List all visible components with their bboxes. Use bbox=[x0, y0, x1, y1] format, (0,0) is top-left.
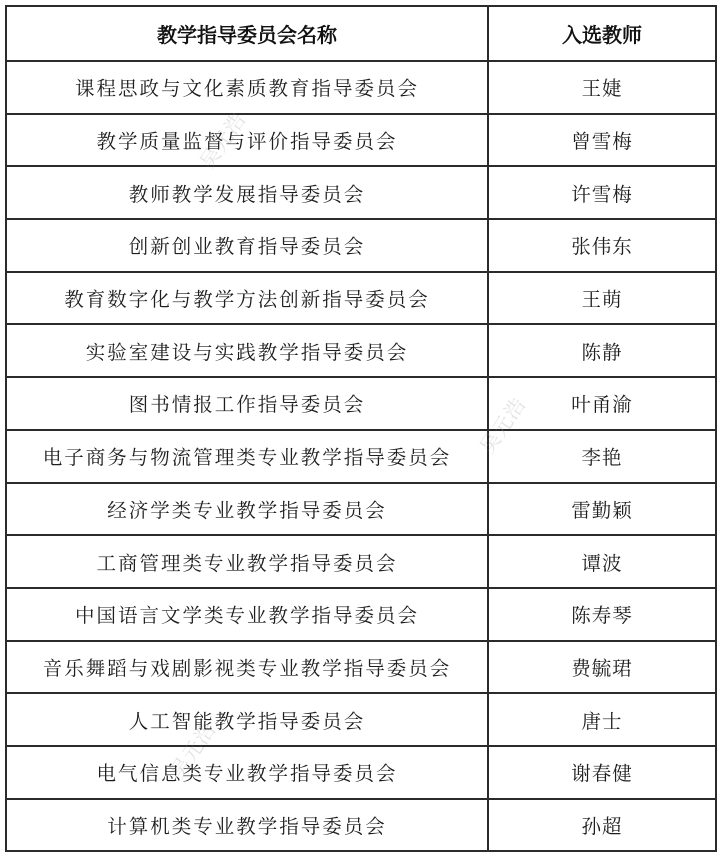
table-row: 创新创业教育指导委员会 张伟东 bbox=[6, 219, 716, 272]
table-row: 图书情报工作指导委员会 叶甬渝 bbox=[6, 377, 716, 430]
teacher-name-cell: 曾雪梅 bbox=[488, 114, 716, 167]
teacher-name-cell: 许雪梅 bbox=[488, 166, 716, 219]
teacher-name-cell: 谭波 bbox=[488, 535, 716, 588]
committee-name-cell: 课程思政与文化素质教育指导委员会 bbox=[6, 61, 488, 114]
teacher-name-cell: 陈寿琴 bbox=[488, 588, 716, 641]
table-row: 课程思政与文化素质教育指导委员会 王婕 bbox=[6, 61, 716, 114]
table-row: 工商管理类专业教学指导委员会 谭波 bbox=[6, 535, 716, 588]
table-row: 实验室建设与实践教学指导委员会 陈静 bbox=[6, 324, 716, 377]
committee-name-cell: 教学质量监督与评价指导委员会 bbox=[6, 114, 488, 167]
committee-name-cell: 电子商务与物流管理类专业教学指导委员会 bbox=[6, 430, 488, 483]
table-row: 教学质量监督与评价指导委员会 曾雪梅 bbox=[6, 114, 716, 167]
header-committee-name: 教学指导委员会名称 bbox=[6, 6, 488, 61]
teacher-name-cell: 王婕 bbox=[488, 61, 716, 114]
table-row: 教师教学发展指导委员会 许雪梅 bbox=[6, 166, 716, 219]
committee-name-cell: 中国语言文学类专业教学指导委员会 bbox=[6, 588, 488, 641]
teacher-name-cell: 费毓珺 bbox=[488, 641, 716, 694]
table-row: 音乐舞蹈与戏剧影视类专业教学指导委员会 费毓珺 bbox=[6, 641, 716, 694]
table-header-row: 教学指导委员会名称 入选教师 bbox=[6, 6, 716, 61]
table-row: 中国语言文学类专业教学指导委员会 陈寿琴 bbox=[6, 588, 716, 641]
teacher-name-cell: 张伟东 bbox=[488, 219, 716, 272]
committee-name-cell: 图书情报工作指导委员会 bbox=[6, 377, 488, 430]
header-selected-teacher: 入选教师 bbox=[488, 6, 716, 61]
teacher-name-cell: 李艳 bbox=[488, 430, 716, 483]
committee-name-cell: 人工智能教学指导委员会 bbox=[6, 693, 488, 746]
committee-name-cell: 音乐舞蹈与戏剧影视类专业教学指导委员会 bbox=[6, 641, 488, 694]
teacher-name-cell: 唐士 bbox=[488, 693, 716, 746]
committee-name-cell: 实验室建设与实践教学指导委员会 bbox=[6, 324, 488, 377]
teacher-name-cell: 陈静 bbox=[488, 324, 716, 377]
teacher-name-cell: 王萌 bbox=[488, 272, 716, 325]
committee-teacher-table: 教学指导委员会名称 入选教师 课程思政与文化素质教育指导委员会 王婕 教学质量监… bbox=[5, 5, 717, 852]
committee-name-cell: 电气信息类专业教学指导委员会 bbox=[6, 746, 488, 799]
committee-name-cell: 经济学类专业教学指导委员会 bbox=[6, 483, 488, 536]
committee-name-cell: 创新创业教育指导委员会 bbox=[6, 219, 488, 272]
table-row: 电气信息类专业教学指导委员会 谢春健 bbox=[6, 746, 716, 799]
table-row: 经济学类专业教学指导委员会 雷勤颖 bbox=[6, 483, 716, 536]
table-row: 人工智能教学指导委员会 唐士 bbox=[6, 693, 716, 746]
table-row: 教育数字化与教学方法创新指导委员会 王萌 bbox=[6, 272, 716, 325]
committee-name-cell: 计算机类专业教学指导委员会 bbox=[6, 799, 488, 852]
committee-name-cell: 教师教学发展指导委员会 bbox=[6, 166, 488, 219]
table-row: 电子商务与物流管理类专业教学指导委员会 李艳 bbox=[6, 430, 716, 483]
committee-name-cell: 工商管理类专业教学指导委员会 bbox=[6, 535, 488, 588]
table-row: 计算机类专业教学指导委员会 孙超 bbox=[6, 799, 716, 852]
teacher-name-cell: 叶甬渝 bbox=[488, 377, 716, 430]
teacher-name-cell: 谢春健 bbox=[488, 746, 716, 799]
teacher-name-cell: 孙超 bbox=[488, 799, 716, 852]
committee-name-cell: 教育数字化与教学方法创新指导委员会 bbox=[6, 272, 488, 325]
teacher-name-cell: 雷勤颖 bbox=[488, 483, 716, 536]
